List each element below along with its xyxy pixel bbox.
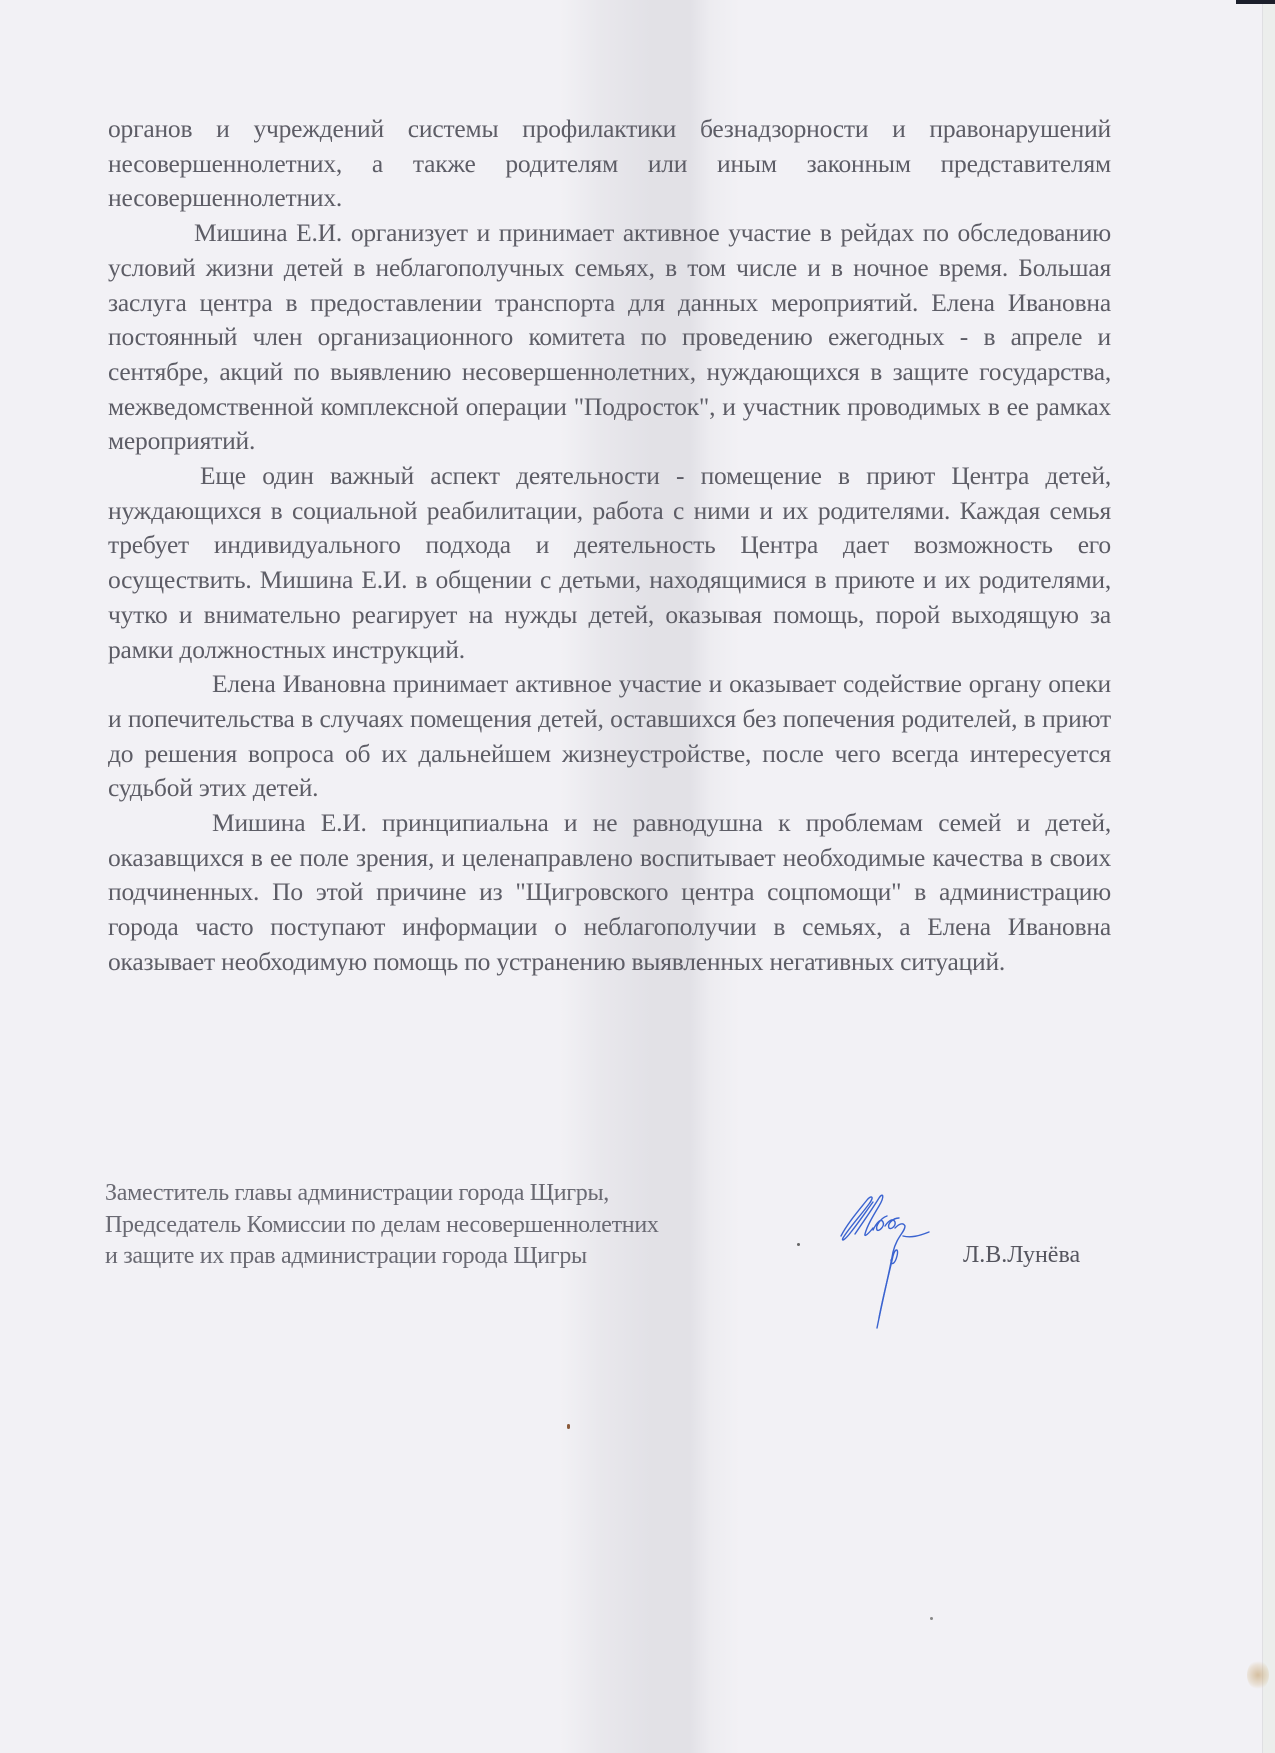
paragraph-5: Мишина Е.И. принципиальна и не равнодушн… (108, 806, 1111, 980)
handwritten-signature-icon (833, 1178, 943, 1338)
signatory-title-line-2: Председатель Комиссии по делам несоверше… (105, 1210, 659, 1242)
paragraph-4: Елена Ивановна принимает активное участи… (108, 667, 1111, 806)
scan-edge-dark-corner (1236, 0, 1275, 4)
scan-speck (797, 1243, 800, 1246)
paragraph-2: Мишина Е.И. организует и принимает актив… (108, 216, 1111, 459)
paragraph-1: органов и учреждений системы профилактик… (108, 112, 1111, 216)
paper-stain (1247, 1660, 1269, 1690)
scan-edge-strip (1262, 0, 1275, 1753)
scan-speck (567, 1424, 570, 1429)
document-body: органов и учреждений системы профилактик… (108, 112, 1111, 980)
signatory-title-line-3: и защите их прав администрации города Щи… (105, 1241, 659, 1273)
signatory-title-line-1: Заместитель главы администрации города Щ… (105, 1178, 659, 1210)
scanned-page: органов и учреждений системы профилактик… (0, 0, 1263, 1753)
paragraph-3: Еще один важный аспект деятельности - по… (108, 459, 1111, 667)
signatory-title: Заместитель главы администрации города Щ… (105, 1178, 659, 1273)
signature-block: Заместитель главы администрации города Щ… (105, 1178, 1115, 1338)
signatory-name: Л.В.Лунёва (963, 1242, 1080, 1269)
scan-speck (930, 1617, 933, 1620)
